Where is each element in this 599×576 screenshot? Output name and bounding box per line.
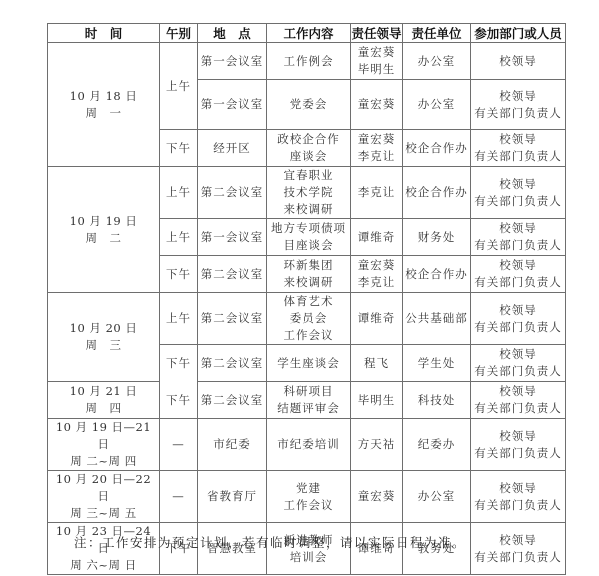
attendees-cell: 校领导 有关部门负责人 xyxy=(471,293,566,345)
table-row: 10 月 20 日—22 日 周 三~周 五 — 省教育厅 党建 工作会议 童宏… xyxy=(48,471,566,523)
footnote: 注：工作安排为预定计划，若有临时调整，请以实际日程为准。 xyxy=(74,533,466,551)
attendees-cell: 校领导 xyxy=(471,43,566,80)
unit-cell: 公共基础部 xyxy=(403,293,471,345)
leader-cell: 程飞 xyxy=(351,345,403,382)
content-cell: 工作例会 xyxy=(267,43,351,80)
date-cell: 10 月 18 日 周 一 xyxy=(48,43,160,167)
date-cell: 10 月 19 日 周 二 xyxy=(48,167,160,293)
unit-cell: 办公室 xyxy=(403,471,471,523)
unit-cell: 学生处 xyxy=(403,345,471,382)
location-cell: 第二会议室 xyxy=(198,256,267,293)
attendees-cell: 校领导 有关部门负责人 xyxy=(471,523,566,575)
period-cell: — xyxy=(160,419,198,471)
table-row: 10 月 19 日 周 二 上午 第二会议室 宜春职业 技术学院 来校调研 李克… xyxy=(48,167,566,219)
attendees-cell: 校领导 有关部门负责人 xyxy=(471,471,566,523)
header-row: 时 间 午别 地 点 工作内容 责任领导 责任单位 参加部门或人员 xyxy=(48,24,566,43)
date-cell: 10 月 20 日—22 日 周 三~周 五 xyxy=(48,471,160,523)
attendees-cell: 校领导 有关部门负责人 xyxy=(471,80,566,130)
location-cell: 第二会议室 xyxy=(198,382,267,419)
content-cell: 地方专项债项 目座谈会 xyxy=(267,219,351,256)
location-cell: 第一会议室 xyxy=(198,43,267,80)
period-cell: 上午 xyxy=(160,167,198,219)
location-cell: 第一会议室 xyxy=(198,80,267,130)
attendees-cell: 校领导 有关部门负责人 xyxy=(471,167,566,219)
period-cell: 上午 xyxy=(160,219,198,256)
leader-cell: 毕明生 xyxy=(351,382,403,419)
table-row: 10 月 20 日 周 三 上午 第二会议室 体育艺术 委员会 工作会议 谭维奇… xyxy=(48,293,566,345)
location-cell: 省教育厅 xyxy=(198,471,267,523)
location-cell: 经开区 xyxy=(198,130,267,167)
unit-cell: 科技处 xyxy=(403,382,471,419)
content-cell: 党委会 xyxy=(267,80,351,130)
unit-cell: 校企合作办 xyxy=(403,256,471,293)
header-attendees: 参加部门或人员 xyxy=(471,24,566,43)
period-cell: 下午 xyxy=(160,345,198,382)
content-cell: 宜春职业 技术学院 来校调研 xyxy=(267,167,351,219)
leader-cell: 童宏葵 xyxy=(351,80,403,130)
leader-cell: 童宏葵 李克让 xyxy=(351,256,403,293)
leader-cell: 方天祜 xyxy=(351,419,403,471)
leader-cell: 谭维奇 xyxy=(351,293,403,345)
location-cell: 第一会议室 xyxy=(198,219,267,256)
unit-cell: 办公室 xyxy=(403,43,471,80)
location-cell: 第二会议室 xyxy=(198,345,267,382)
header-time: 时 间 xyxy=(48,24,160,43)
leader-cell: 谭维奇 xyxy=(351,219,403,256)
content-cell: 科研项目 结题评审会 xyxy=(267,382,351,419)
attendees-cell: 校领导 有关部门负责人 xyxy=(471,345,566,382)
unit-cell: 校企合作办 xyxy=(403,130,471,167)
content-cell: 党建 工作会议 xyxy=(267,471,351,523)
content-cell: 市纪委培训 xyxy=(267,419,351,471)
period-cell: — xyxy=(160,471,198,523)
date-cell: 10 月 21 日 周 四 xyxy=(48,382,160,419)
attendees-cell: 校领导 有关部门负责人 xyxy=(471,130,566,167)
location-cell: 第二会议室 xyxy=(198,293,267,345)
period-cell: 上午 xyxy=(160,43,198,130)
attendees-cell: 校领导 有关部门负责人 xyxy=(471,219,566,256)
period-cell: 下午 xyxy=(160,256,198,293)
attendees-cell: 校领导 有关部门负责人 xyxy=(471,382,566,419)
location-cell: 市纪委 xyxy=(198,419,267,471)
content-cell: 学生座谈会 xyxy=(267,345,351,382)
date-cell: 10 月 20 日 周 三 xyxy=(48,293,160,382)
header-unit: 责任单位 xyxy=(403,24,471,43)
attendees-cell: 校领导 有关部门负责人 xyxy=(471,256,566,293)
unit-cell: 办公室 xyxy=(403,80,471,130)
table-row: 10 月 21 日 周 四 下午 第二会议室 科研项目 结题评审会 毕明生 科技… xyxy=(48,382,566,419)
leader-cell: 童宏葵 李克让 xyxy=(351,130,403,167)
schedule-table: 时 间 午别 地 点 工作内容 责任领导 责任单位 参加部门或人员 10 月 1… xyxy=(47,23,566,575)
table-row: 10 月 19 日—21 日 周 二~周 四 — 市纪委 市纪委培训 方天祜 纪… xyxy=(48,419,566,471)
location-cell: 第二会议室 xyxy=(198,167,267,219)
attendees-cell: 校领导 有关部门负责人 xyxy=(471,419,566,471)
leader-cell: 李克让 xyxy=(351,167,403,219)
unit-cell: 校企合作办 xyxy=(403,167,471,219)
content-cell: 环新集团 来校调研 xyxy=(267,256,351,293)
content-cell: 体育艺术 委员会 工作会议 xyxy=(267,293,351,345)
table-row: 10 月 18 日 周 一 上午 第一会议室 工作例会 童宏葵 毕明生 办公室 … xyxy=(48,43,566,80)
header-content: 工作内容 xyxy=(267,24,351,43)
period-cell: 下午 xyxy=(160,130,198,167)
header-location: 地 点 xyxy=(198,24,267,43)
date-cell: 10 月 19 日—21 日 周 二~周 四 xyxy=(48,419,160,471)
content-cell: 政校企合作 座谈会 xyxy=(267,130,351,167)
header-leader: 责任领导 xyxy=(351,24,403,43)
leader-cell: 童宏葵 毕明生 xyxy=(351,43,403,80)
period-cell: 上午 xyxy=(160,293,198,345)
leader-cell: 童宏葵 xyxy=(351,471,403,523)
unit-cell: 纪委办 xyxy=(403,419,471,471)
unit-cell: 财务处 xyxy=(403,219,471,256)
header-period: 午别 xyxy=(160,24,198,43)
period-cell: 下午 xyxy=(160,382,198,419)
